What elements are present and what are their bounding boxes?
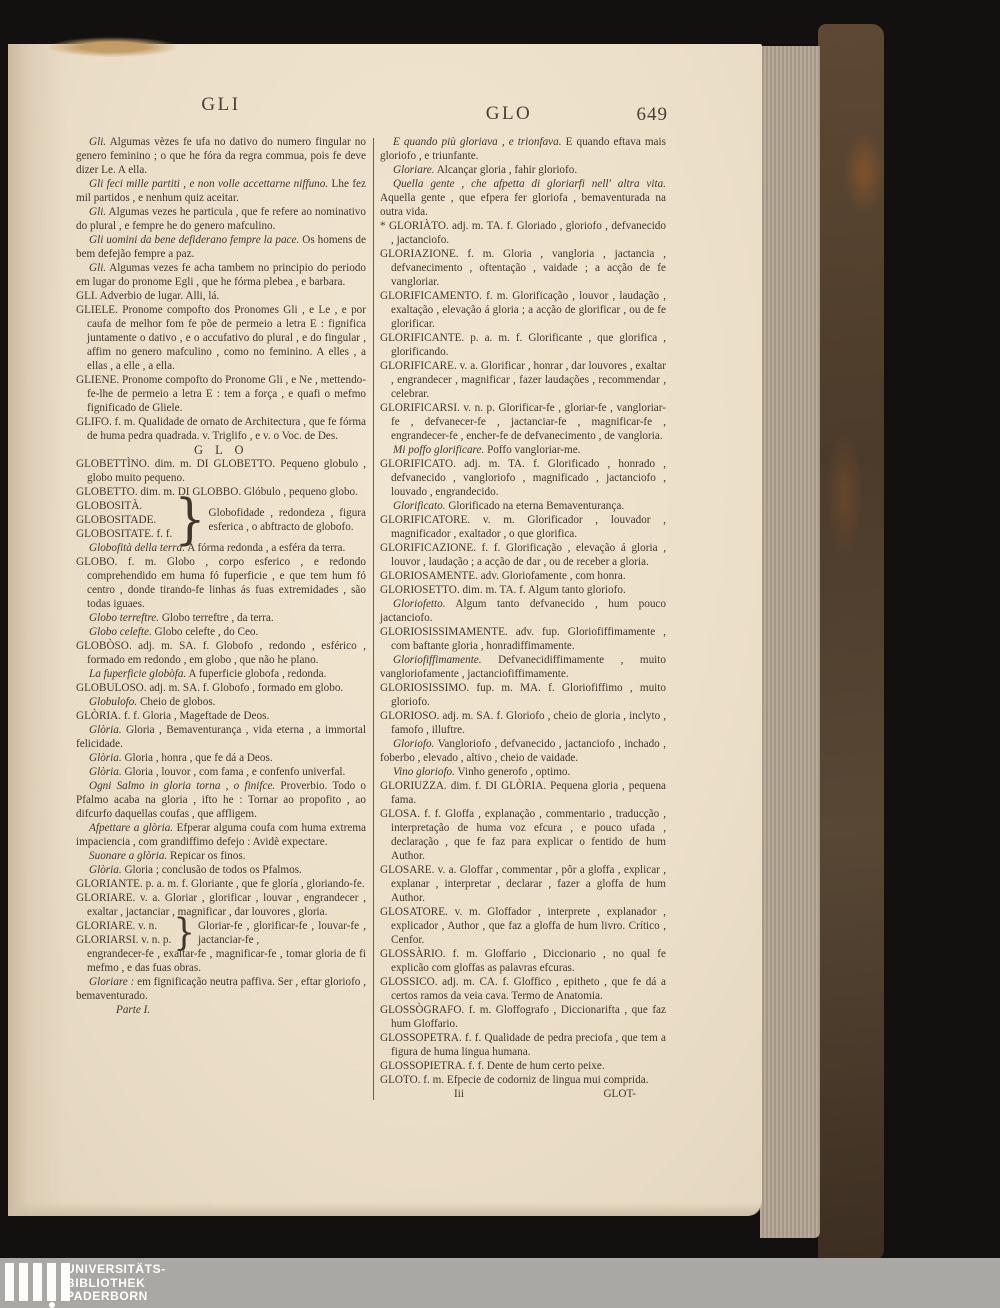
- entry-paragraph: GLI. Adverbio de lugar. Alli, lá.: [76, 289, 366, 303]
- entry-paragraph: GLIELE. Pronome compofto dos Pronomes Gl…: [76, 303, 366, 373]
- entry-paragraph: GLORIANTE. p. a. m. f. Gloriante , que f…: [76, 877, 366, 891]
- example-paragraph: Gli. Algumas vèzes fe ufa no dativo do n…: [76, 135, 366, 177]
- entry-paragraph: GLIENE. Pronome compofto do Pronome Gli …: [76, 373, 366, 415]
- library-name: UNIVERSITÄTS- BIBLIOTHEK PADERBORN: [66, 1263, 166, 1304]
- entry-paragraph: GLOSARE. v. a. Gloffar , commentar , pôr…: [380, 863, 666, 905]
- example-paragraph: Gloriofo. Vangloriofo , defvanecido , ja…: [380, 737, 666, 765]
- column-divider-rule: [373, 138, 374, 1100]
- book-cover-edge: [818, 24, 884, 1260]
- section-heading: G L O: [76, 443, 366, 457]
- entry-paragraph: GLORIAZIONE. f. m. Gloria , vangloria , …: [380, 247, 666, 289]
- example-paragraph: Suonare a glòria. Repicar os finos.: [76, 849, 366, 863]
- example-paragraph: Glòria. Gloria ; conclusão de todos os P…: [76, 863, 366, 877]
- example-paragraph: Gli uomini da bene defiderano fempre la …: [76, 233, 366, 261]
- entry-paragraph: GLOBETTO. dim. m. DI GLOBBO. Glóbulo , p…: [76, 485, 366, 499]
- example-paragraph: Globo celefte. Globo celefte , do Ceo.: [76, 625, 366, 639]
- catchword: GLOT-: [603, 1087, 636, 1101]
- example-paragraph: Gloriofiffimamente. Defvanecidiffimament…: [380, 653, 666, 681]
- entry-paragraph: GLIFO. f. m. Qualidade de ornato de Arch…: [76, 415, 366, 443]
- library-logo-bars-icon: [5, 1263, 70, 1301]
- running-header: GLI GLO 649: [76, 94, 670, 130]
- entry-paragraph: GLORIUZZA. dim. f. DI GLÒRIA. Pequena gl…: [380, 779, 666, 807]
- entry-paragraph: GLORIOSISSIMO. fup. m. MA. f. Gloriofiff…: [380, 681, 666, 709]
- printed-content: GLI GLO 649 Gli. Algumas vèzes fe ufa no…: [76, 94, 670, 1101]
- column-left: Gli. Algumas vèzes fe ufa no dativo do n…: [76, 135, 366, 1101]
- example-paragraph: Glòria. Gloria , louvor , com fama , e c…: [76, 765, 366, 779]
- brace-glyph: }: [171, 925, 198, 940]
- entry-paragraph: GLÒRIA. f. f. Gloria , Mageftade de Deos…: [76, 709, 366, 723]
- entry-paragraph: GLORIFICANTE. p. a. m. f. Glorificante ,…: [380, 331, 666, 359]
- signature-mark: Iii: [454, 1087, 464, 1101]
- example-paragraph: Gli. Algumas vezes fe acha tambem no pri…: [76, 261, 366, 289]
- photo-background: GLI GLO 649 Gli. Algumas vèzes fe ufa no…: [0, 0, 1000, 1308]
- example-paragraph: E quando più gloriava , e trionfava. E q…: [380, 135, 666, 163]
- page-worn-spot: [48, 37, 178, 57]
- entry-paragraph: GLORIOSAMENTE. adv. Gloriofamente , com …: [380, 569, 666, 583]
- example-paragraph: Globo terreftre. Globo terreftre , da te…: [76, 611, 366, 625]
- page-number: 649: [637, 104, 669, 126]
- entry-paragraph: GLOBO. f. m. Globo , corpo esferico , e …: [76, 555, 366, 611]
- signature-row: IiiGLOT-: [380, 1087, 666, 1101]
- entry-paragraph: GLORIFICAMENTO. f. m. Glorificação , lou…: [380, 289, 666, 331]
- example-paragraph: Gloriare : em fignificação neutra paffiv…: [76, 975, 366, 1003]
- entry-paragraph: GLORIOSISSIMAMENTE. adv. fup. Gloriofiff…: [380, 625, 666, 653]
- example-paragraph: Mi poffo glorificare. Poffo vangloriar-m…: [380, 443, 666, 457]
- text-columns: Gli. Algumas vèzes fe ufa no dativo do n…: [76, 135, 670, 1101]
- entry-paragraph: GLORIFICAZIONE. f. f. Glorificação , ele…: [380, 541, 666, 569]
- entry-paragraph: GLORIFICARE. v. a. Glorificar , honrar ,…: [380, 359, 666, 401]
- header-left-section: GLI: [76, 94, 366, 116]
- entry-paragraph: GLOSSOPIETRA. f. f. Dente de hum certo p…: [380, 1059, 666, 1073]
- entry-paragraph: GLORIFICATORE. v. m. Glorificador , louv…: [380, 513, 666, 541]
- example-paragraph: Ogni Salmo in gloria torna , o finifce. …: [76, 779, 366, 821]
- example-paragraph: Vino gloriofo. Vinho generofo , optimo.: [380, 765, 666, 779]
- example-paragraph: Globofità della terra. A fórma redonda ,…: [76, 541, 366, 555]
- library-name-line2: BIBLIOTHEK: [66, 1277, 166, 1291]
- brace-glyph: }: [172, 512, 208, 527]
- example-paragraph: Glòria. Gloria , honra , que fe dá a Deo…: [76, 751, 366, 765]
- example-paragraph: La fuperficie globòfa. A fuperficie glob…: [76, 667, 366, 681]
- example-paragraph: Afpettare a glòria. Efperar alguma coufa…: [76, 821, 366, 849]
- entry-paragraph: GLOSSOPETRA. f. f. Qualidade de pedra pr…: [380, 1031, 666, 1059]
- example-paragraph: Glòria. Gloria , Bemaventurança , vida e…: [76, 723, 366, 751]
- entry-paragraph: GLOSA. f. f. Gloffa , explanação , comme…: [380, 807, 666, 863]
- entry-paragraph: GLOBULOSO. adj. m. SA. f. Globofo , form…: [76, 681, 366, 695]
- column-right: E quando più gloriava , e trionfava. E q…: [380, 135, 666, 1101]
- entry-paragraph: GLORIOSO. adj. m. SA. f. Gloriofo , chei…: [380, 709, 666, 737]
- header-right-section: GLO: [379, 103, 639, 125]
- book-page-stack-edge: [760, 46, 820, 1238]
- library-name-line3: PADERBORN: [66, 1290, 166, 1304]
- example-paragraph: Gli feci mille partiti , e non volle acc…: [76, 177, 366, 205]
- example-paragraph: Gli. Algumas vezes he particula , que fe…: [76, 205, 366, 233]
- example-paragraph: Quella gente , che afpetta di gloriarfi …: [380, 177, 666, 219]
- entry-paragraph: GLOBETTÌNO. dim. m. DI GLOBETTO. Pequeno…: [76, 457, 366, 485]
- entry-paragraph: GLOSSÀRIO. f. m. Gloffario , Diccionario…: [380, 947, 666, 975]
- entry-paragraph: GLOSATORE. v. m. Gloffador , interprete …: [380, 905, 666, 947]
- entry-paragraph: GLOBÒSO. adj. m. SA. f. Globofo , redond…: [76, 639, 366, 667]
- library-name-line1: UNIVERSITÄTS-: [66, 1263, 166, 1277]
- entry-paragraph: GLOSSICO. adj. m. CA. f. Gloffico , epit…: [380, 975, 666, 1003]
- library-footer-band: UNIVERSITÄTS- BIBLIOTHEK PADERBORN: [0, 1258, 1000, 1308]
- brace-group: GLORIARE. v. n.GLORIARSI. v. n. p.}Glori…: [76, 919, 366, 947]
- book-page: GLI GLO 649 Gli. Algumas vèzes fe ufa no…: [8, 44, 762, 1216]
- library-logo-dot-icon: [49, 1302, 55, 1308]
- entry-paragraph: GLORIARE. v. a. Gloriar , glorificar , l…: [76, 891, 366, 919]
- example-paragraph: Gloriofetto. Algum tanto defvanecido , h…: [380, 597, 666, 625]
- brace-group: GLOBOSITÀ.GLOBOSITADE.GLOBOSITATE. f. f.…: [76, 499, 366, 541]
- brace-continuation: engrandecer-fe , exaltar-fe , magnificar…: [76, 947, 366, 975]
- entry-paragraph: GLORIFICARSI. v. n. p. Glorificar-fe , g…: [380, 401, 666, 443]
- footer-line: Parte I.: [76, 1003, 366, 1017]
- entry-paragraph: * GLORIÀTO. adj. m. TA. f. Gloriado , gl…: [380, 219, 666, 247]
- entry-paragraph: GLOSSÒGRAFO. f. m. Gloffografo , Diccion…: [380, 1003, 666, 1031]
- entry-paragraph: GLORIOSETTO. dim. m. TA. f. Algum tanto …: [380, 583, 666, 597]
- example-paragraph: Gloriare. Alcançar gloria , fahir glorio…: [380, 163, 666, 177]
- entry-paragraph: GLOTO. f. m. Efpecie de codorniz de ling…: [380, 1073, 666, 1087]
- example-paragraph: Globulofo. Cheio de globos.: [76, 695, 366, 709]
- entry-paragraph: GLORIFICATO. adj. m. TA. f. Glorificado …: [380, 457, 666, 499]
- example-paragraph: Glorificato. Glorificado na eterna Bemav…: [380, 499, 666, 513]
